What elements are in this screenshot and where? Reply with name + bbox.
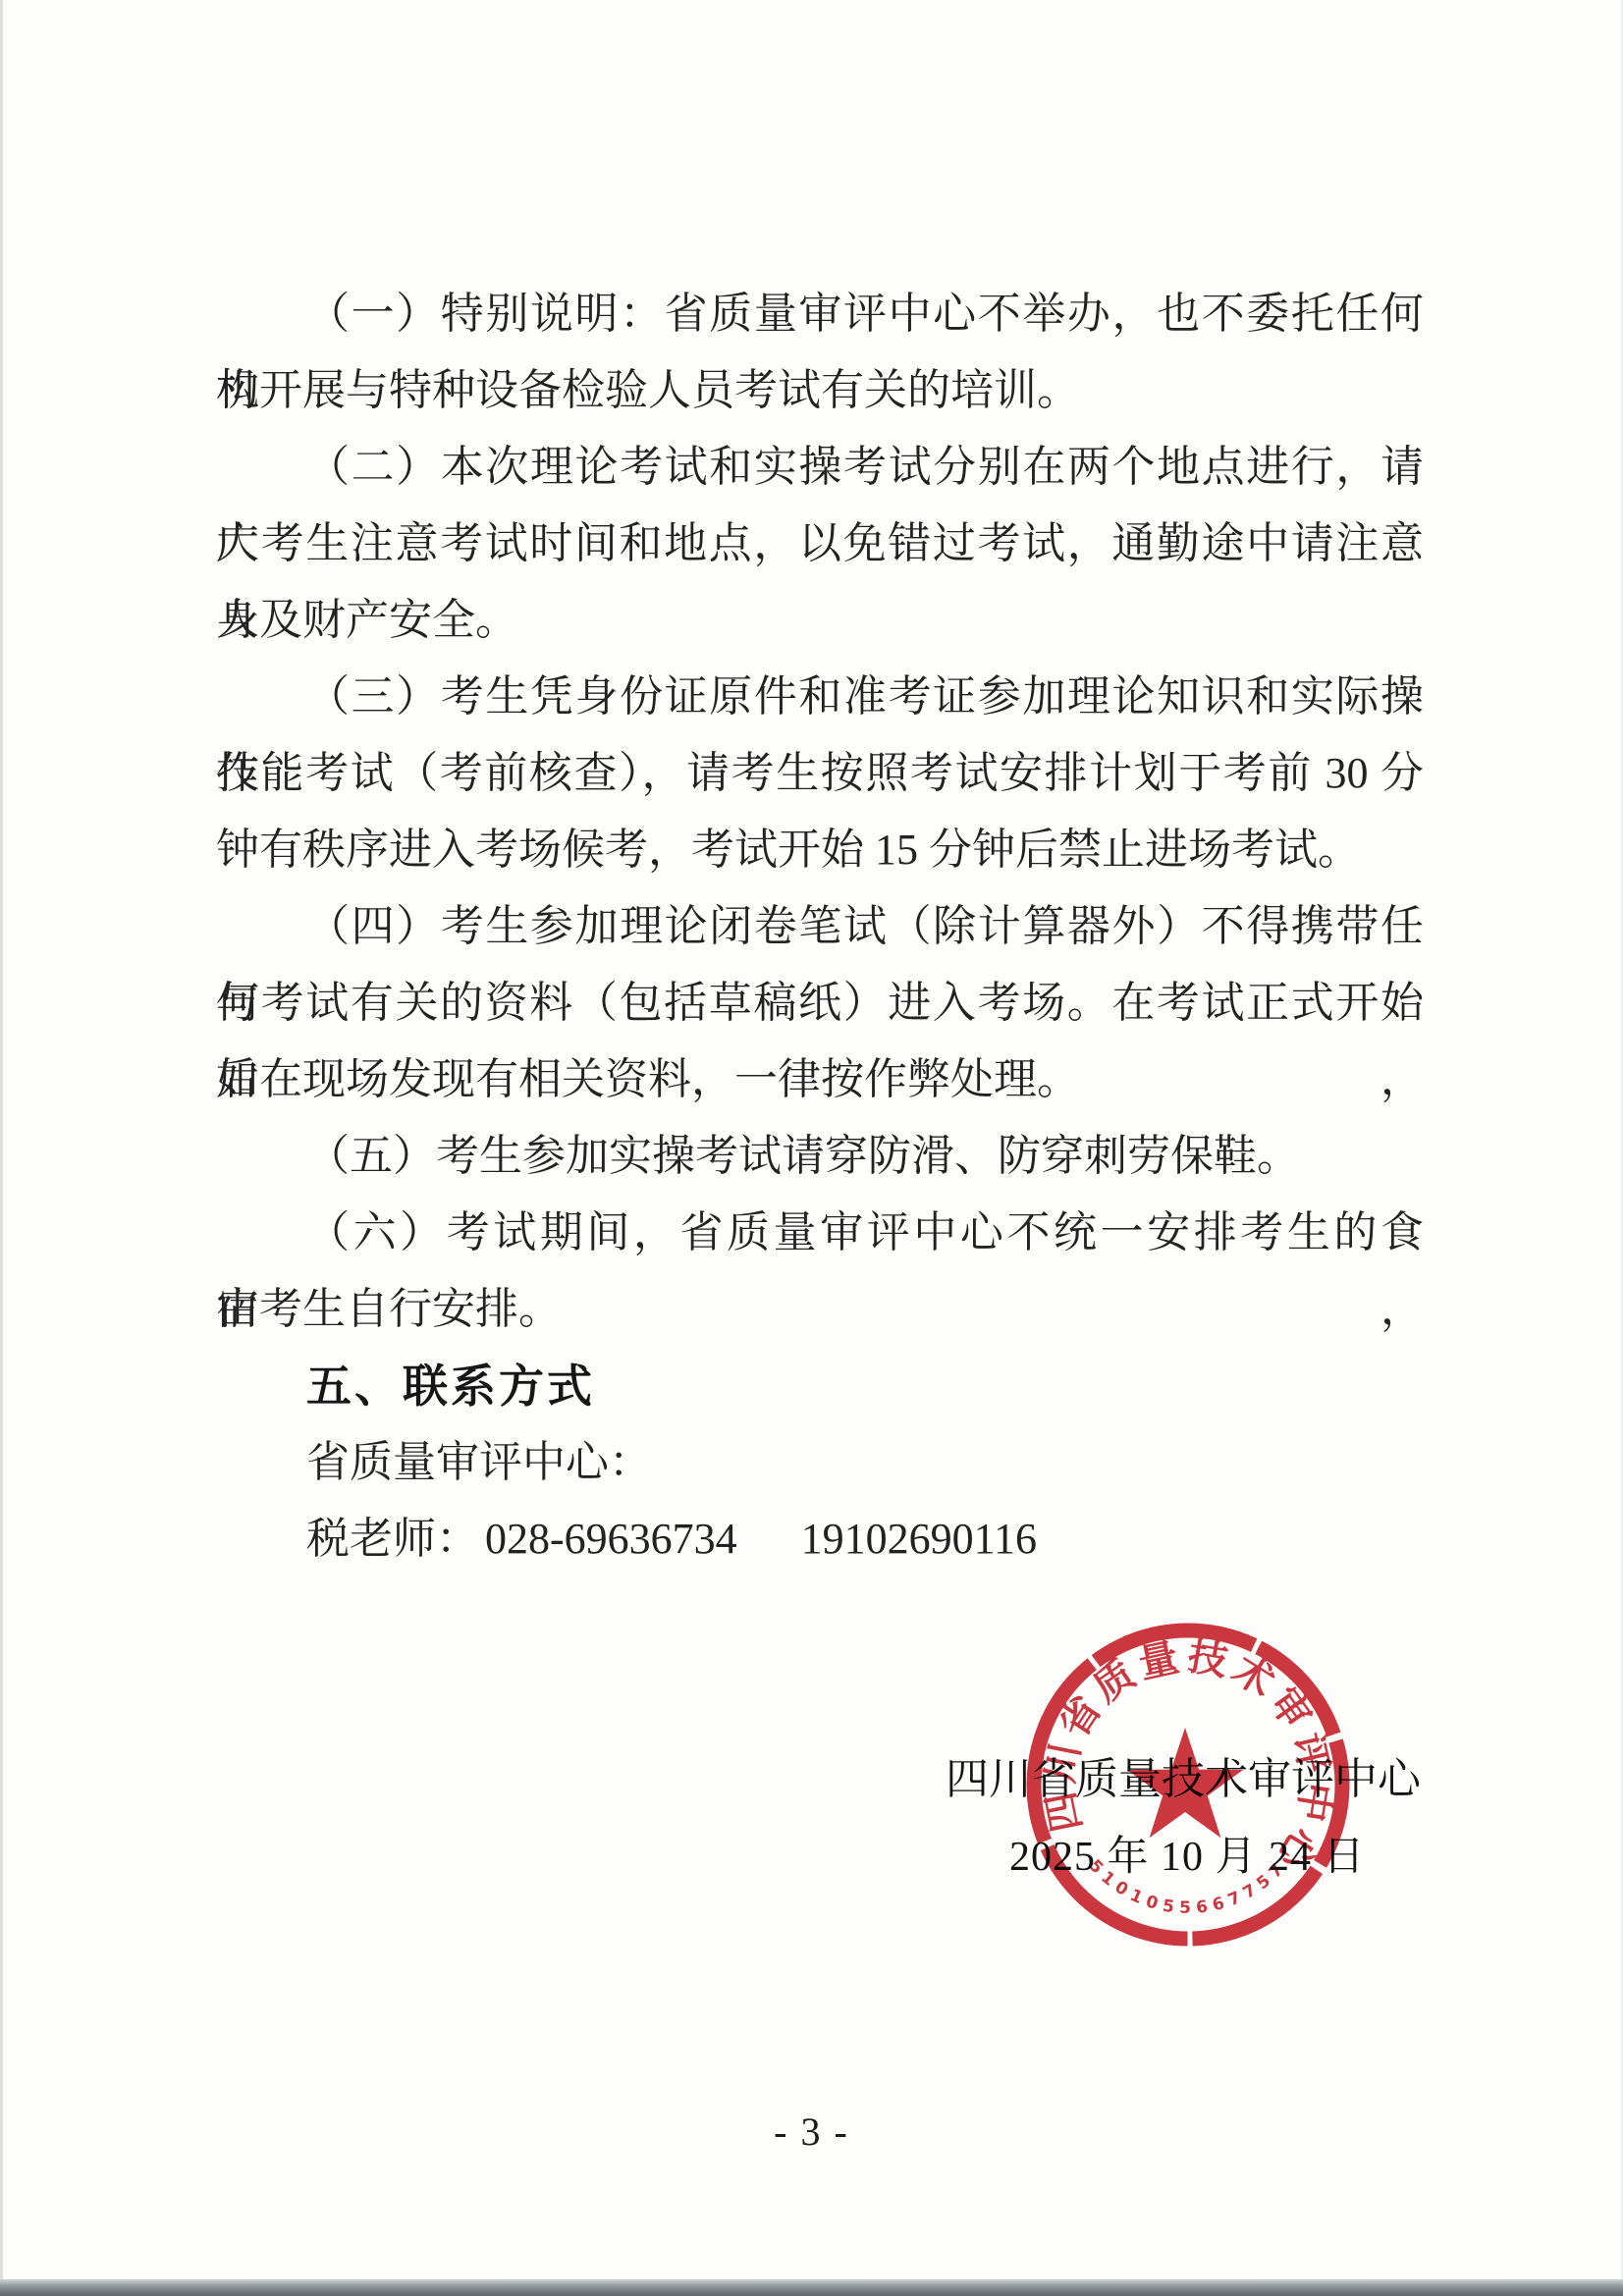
body-line: 大考生注意考试时间和地点，以免错过考试，通勤途中请注意人 xyxy=(216,506,1424,582)
contact-phone-1: 028-69636734 xyxy=(485,1515,737,1563)
section-heading: 五、联系方式 xyxy=(216,1348,1424,1424)
body-line: 钟有秩序进入考场候考，考试开始 15 分钟后禁止进场考试。 xyxy=(216,812,1424,888)
body-line: （六）考试期间，省质量审评中心不统一安排考生的食宿， xyxy=(216,1195,1424,1271)
body-line: （四）考生参加理论闭卷笔试（除计算器外）不得携带任何 xyxy=(216,888,1424,965)
body-line: （三）考生凭身份证原件和准考证参加理论知识和实际操作 xyxy=(216,659,1424,735)
contact-phone-2: 19102690116 xyxy=(801,1515,1037,1563)
official-seal: 四川省质量技术审评中心 5101055667757 xyxy=(1011,1608,1365,1961)
seal-star-icon xyxy=(1127,1728,1243,1838)
contact-teacher-label: 税老师： xyxy=(306,1515,479,1563)
document-body: （一）特别说明：省质量审评中心不举办，也不委托任何机 构开展与特种设备检验人员考… xyxy=(216,276,1424,1577)
body-line: 身及财产安全。 xyxy=(216,582,1424,659)
contact-org-line: 省质量审评中心： xyxy=(216,1424,1424,1501)
page-number: - 3 - xyxy=(0,2109,1623,2155)
scan-edge-bottom xyxy=(0,2279,1623,2296)
document-page: （一）特别说明：省质量审评中心不举办，也不委托任何机 构开展与特种设备检验人员考… xyxy=(0,0,1623,2296)
body-line: 构开展与特种设备检验人员考试有关的培训。 xyxy=(216,352,1424,429)
scan-edge-left xyxy=(0,0,3,2296)
seal-code: 5101055667757 xyxy=(1085,1856,1292,1918)
body-line: 与考试有关的资料（包括草稿纸）进入考场。在考试正式开始后， xyxy=(216,965,1424,1041)
body-line: （二）本次理论考试和实操考试分别在两个地点进行，请广 xyxy=(216,429,1424,506)
body-line: 技能考试（考前核查），请考生按照考试安排计划于考前 30 分 xyxy=(216,735,1424,812)
body-line: （五）考生参加实操考试请穿防滑、防穿刺劳保鞋。 xyxy=(216,1118,1424,1195)
body-line: （一）特别说明：省质量审评中心不举办，也不委托任何机 xyxy=(216,276,1424,352)
contact-phone-line: 税老师：028-6963673419102690116 xyxy=(216,1501,1424,1577)
